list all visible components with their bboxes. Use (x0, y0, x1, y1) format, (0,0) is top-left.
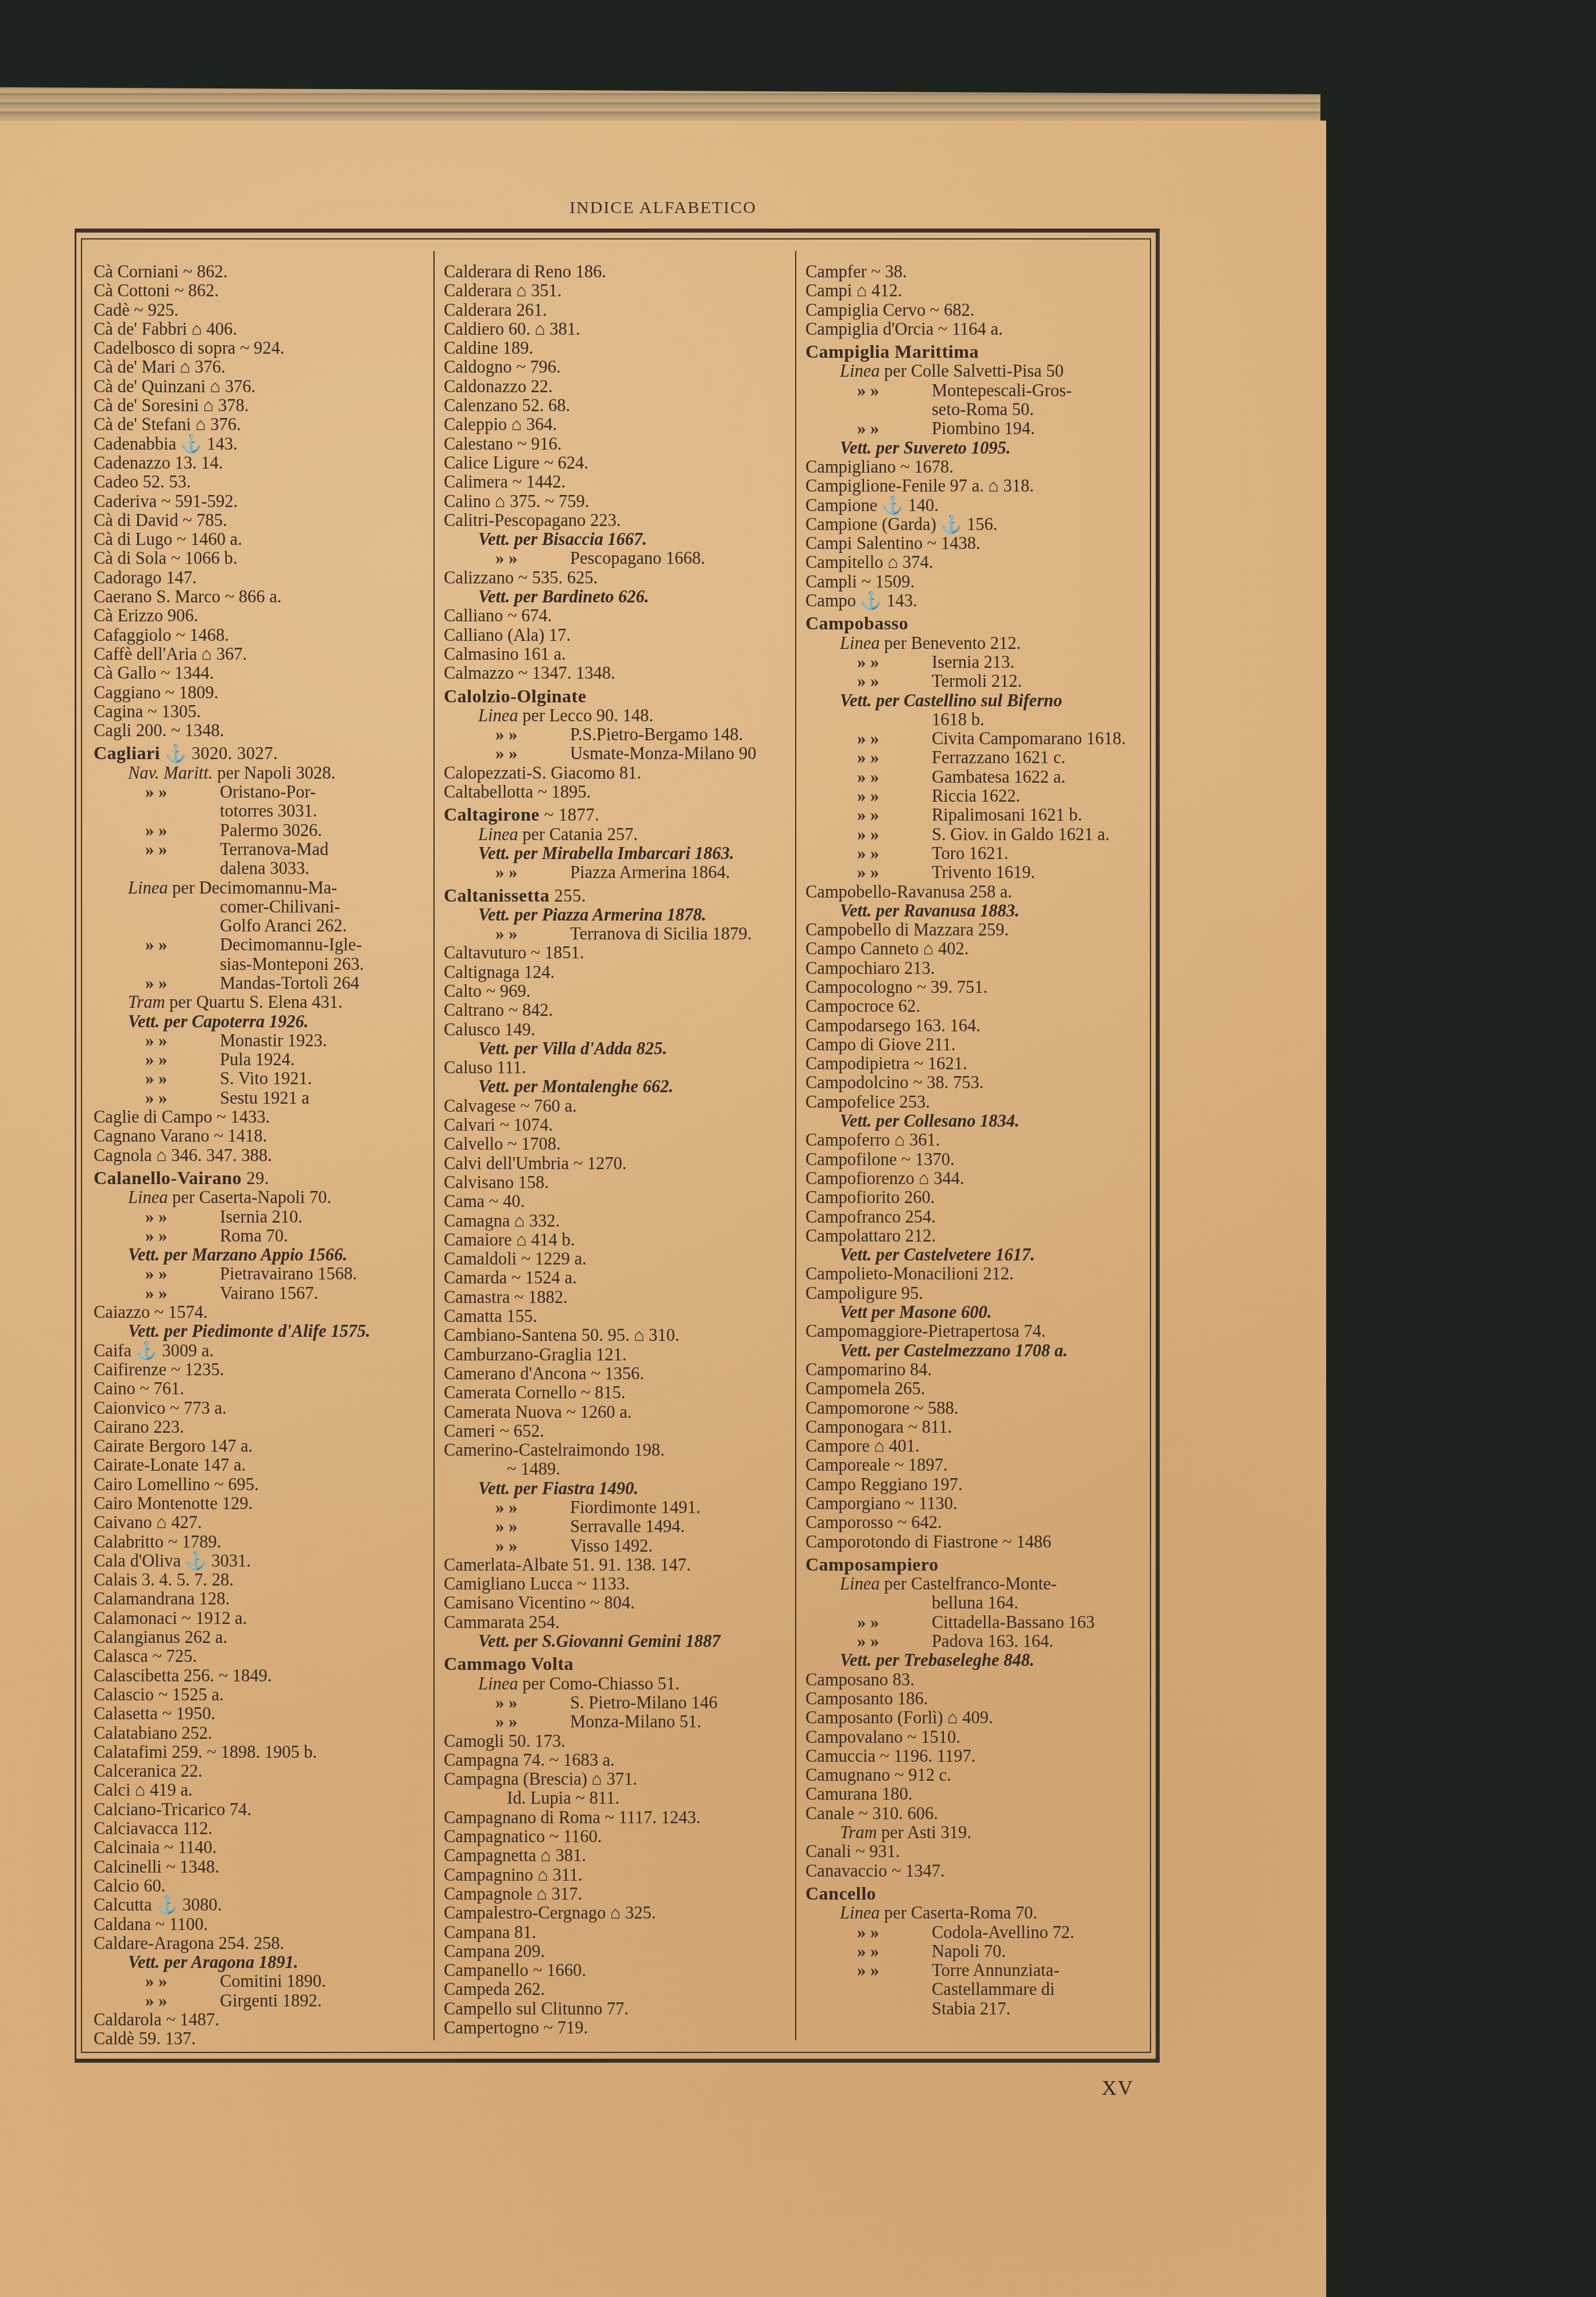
connection-text: per Colle Salvetti-Pisa 50 (880, 361, 1063, 381)
index-entry-line: Caltabellotta ~ 1895. (444, 783, 794, 802)
ditto-marks-icon: » » (495, 725, 570, 744)
connection-type-label: Vett. (840, 438, 871, 458)
index-major-line: Camposampiero (805, 1555, 1150, 1575)
index-entry-line: Camburzano-Graglia 121. (444, 1345, 794, 1364)
place-heading: Campiglia Marittima (805, 341, 979, 362)
running-head: INDICE ALFABETICO (0, 198, 1326, 218)
index-entry-line: Camisano Vicentino ~ 804. (444, 1594, 794, 1612)
index-ditto-line: » »Isernia 210. (94, 1208, 432, 1227)
index-entry-line: Camerata Nuova ~ 1260 a. (444, 1403, 794, 1422)
index-entry-line: Camerino-Castelraimondo 198. (444, 1441, 794, 1460)
index-entry-line: Caldogno ~ 796. (444, 358, 794, 377)
index-sub2-line: ~ 1489. (444, 1460, 794, 1479)
index-ditto-line: » »S. Pietro-Milano 146 (444, 1693, 794, 1712)
connection-text: per Marzano Appio 1566. (160, 1245, 347, 1264)
connection-text: per Quartu S. Elena 431. (165, 992, 342, 1012)
index-entry-line: Campfer ~ 38. (805, 262, 1150, 281)
connection-text: Pietravairano 1568. (220, 1264, 357, 1283)
connection-text: per Castelvetere 1617. (871, 1245, 1035, 1264)
connection-type-label: Tram (128, 992, 165, 1012)
index-entry-line: Calabritto ~ 1789. (94, 1533, 432, 1552)
ditto-marks-icon: » » (495, 925, 570, 943)
index-vett-line: Vett. per S.Giovanni Gemini 1887 (444, 1632, 794, 1651)
connection-text: per Castellino sul Biferno (871, 691, 1062, 710)
index-entry-line: Camaldoli ~ 1229 a. (444, 1250, 794, 1269)
connection-text: per Mirabella Imbarcari 1863. (510, 844, 734, 863)
index-vett-line: Vett. per Suvereto 1095. (805, 439, 1150, 458)
index-entry-line: Calascibetta 256. ~ 1849. (94, 1666, 432, 1685)
index-major-line: Campiglia Marittima (805, 342, 1150, 362)
index-entry-line: Cairate Bergoro 147 a. (94, 1437, 432, 1456)
index-entry-line: Campocologno ~ 39. 751. (805, 978, 1150, 997)
index-vett-line: Vett. per Capoterra 1926. (94, 1012, 432, 1031)
index-entry-line: Cagli 200. ~ 1348. (94, 721, 432, 740)
index-entry-line: Camerlata-Albate 51. 91. 138. 147. (444, 1556, 794, 1575)
index-entry-line: Camponogara ~ 811. (805, 1418, 1150, 1437)
index-entry-line: Calto ~ 969. (444, 982, 794, 1001)
ditto-marks-icon: » » (145, 1208, 220, 1227)
index-vett-line: Vett. per Fiastra 1490. (444, 1479, 794, 1498)
ditto-marks-icon: » » (857, 729, 932, 748)
index-entry-line: Camatta 155. (444, 1307, 794, 1326)
connection-type-label: Vett. (840, 1111, 871, 1131)
index-entry-line: Campodarsego 163. 164. (805, 1016, 1150, 1035)
connection-text: per Como-Chiasso 51. (518, 1674, 679, 1693)
connection-text: Trivento 1619. (932, 863, 1035, 882)
index-ditto-line: » »Mandas-Tortolì 264 (94, 974, 432, 993)
index-cont-line: 1618 b. (805, 710, 1150, 729)
index-cont-line: Castellammare di (805, 1980, 1150, 1999)
index-entry-line: Calangianus 262 a. (94, 1628, 432, 1647)
connection-text: Serravalle 1494. (570, 1517, 685, 1536)
connection-type-label: Vett (840, 1302, 867, 1322)
index-entry-line: Cammarata 254. (444, 1613, 794, 1632)
index-ditto-line: » »Montepescali-Gros- (805, 381, 1150, 400)
index-entry-line: Camposanto 186. (805, 1689, 1150, 1708)
index-sub-line: Linea per Catania 257. (444, 825, 794, 844)
ditto-marks-icon: » » (857, 844, 932, 863)
index-entry-line: Caldana ~ 1100. (94, 1915, 432, 1934)
connection-type-label: Vett. (478, 905, 510, 925)
index-entry-line: Cadenazzo 13. 14. (94, 454, 432, 473)
index-entry-line: Calliano (Ala) 17. (444, 626, 794, 645)
index-cont-line: sias-Monteponi 263. (94, 955, 432, 974)
place-heading: Calanello-Vairano (94, 1167, 242, 1188)
index-ditto-line: » »Terranova di Sicilia 1879. (444, 925, 794, 943)
index-ditto-line: » »Serravalle 1494. (444, 1517, 794, 1536)
ditto-marks-icon: » » (857, 1942, 932, 1961)
connection-text: per Collesano 1834. (871, 1111, 1020, 1131)
index-ditto-line: » »Isernia 213. (805, 653, 1150, 672)
index-entry-line: Campomaggiore-Pietrapertosa 74. (805, 1322, 1150, 1341)
index-entry-line: Calitri-Pescopagano 223. (444, 511, 794, 530)
index-ditto-line: » »Oristano-Por- (94, 783, 432, 802)
index-entry-line: Cà de' Mari ⌂ 376. (94, 358, 432, 377)
index-entry-line: Calciavacca 112. (94, 1819, 432, 1838)
connection-type-label: Nav. Maritt. (128, 763, 213, 783)
connection-type-label: Tram (840, 1823, 877, 1842)
index-entry-line: Campoligure 95. (805, 1284, 1150, 1303)
connection-text: per Castelmezzano 1708 a. (871, 1341, 1067, 1360)
connection-type-label: Vett. (478, 844, 510, 863)
index-ditto-line: » »Visso 1492. (444, 1537, 794, 1556)
connection-text: per Asti 319. (877, 1823, 971, 1842)
index-entry-line: Cà di Sola ~ 1066 b. (94, 549, 432, 568)
index-vett-line: Vett. per Montalenghe 662. (444, 1077, 794, 1096)
index-ditto-line: » »Toro 1621. (805, 844, 1150, 863)
connection-type-label: Vett. (478, 529, 510, 549)
index-entry-line: Calceranica 22. (94, 1762, 432, 1781)
index-entry-line: Calopezzati-S. Giacomo 81. (444, 764, 794, 783)
connection-text: Isernia 213. (932, 652, 1014, 672)
index-entry-line: Campolieto-Monacilioni 212. (805, 1264, 1150, 1283)
connection-text: Vairano 1567. (220, 1283, 318, 1303)
ditto-marks-icon: » » (145, 935, 220, 954)
index-entry-line: Campana 209. (444, 1942, 794, 1961)
index-entry-line: Campagnatico ~ 1160. (444, 1827, 794, 1846)
place-heading: Campobasso (805, 613, 908, 633)
ditto-marks-icon: » » (857, 653, 932, 672)
connection-text: Mandas-Tortolì 264 (220, 973, 359, 993)
connection-text: Terranova di Sicilia 1879. (570, 924, 751, 943)
connection-text: Usmate-Monza-Milano 90 (570, 744, 756, 763)
index-entry-line: Campo Canneto ⌂ 402. (805, 939, 1150, 958)
index-ditto-line: » »Usmate-Monza-Milano 90 (444, 744, 794, 763)
index-entry-line: Campofelice 253. (805, 1093, 1150, 1112)
index-entry-line: Calciano-Tricarico 74. (94, 1800, 432, 1819)
index-entry-line: Campomela 265. (805, 1379, 1150, 1398)
index-vett-line: Vett. per Castelmezzano 1708 a. (805, 1341, 1150, 1360)
index-vett-line: Vett. per Trebaseleghe 848. (805, 1651, 1150, 1670)
ditto-marks-icon: » » (857, 768, 932, 787)
connection-text: Pula 1924. (220, 1050, 295, 1069)
index-ditto-line: » »Pietravairano 1568. (94, 1264, 432, 1283)
connection-type-label: Vett. (478, 1077, 510, 1096)
index-entry-line: Camigliano Lucca ~ 1133. (444, 1575, 794, 1594)
index-entry-line: Canale ~ 310. 606. (805, 1804, 1150, 1823)
ditto-marks-icon: » » (857, 419, 932, 438)
index-ditto-line: » »Pescopagano 1668. (444, 549, 794, 568)
index-entry-line: Camogli 50. 173. (444, 1732, 794, 1751)
connection-type-label: Linea (128, 1188, 168, 1207)
index-entry-line: Calvello ~ 1708. (444, 1135, 794, 1154)
connection-type-label: Vett. (128, 1321, 160, 1341)
index-entry-line: Caldiero 60. ⌂ 381. (444, 320, 794, 339)
index-entry-line: Campo Reggiano 197. (805, 1475, 1150, 1494)
connection-text: Ferrazzano 1621 c. (932, 748, 1066, 767)
connection-text: Cittadella-Bassano 163 (932, 1612, 1095, 1632)
connection-text: per Montalenghe 662. (510, 1077, 673, 1096)
index-entry-line: Cà de' Soresini ⌂ 378. (94, 396, 432, 415)
connection-text: Montepescali-Gros- (932, 381, 1072, 400)
connection-text: Riccia 1622. (932, 786, 1020, 806)
index-entry-line: Camaiore ⌂ 414 b. (444, 1231, 794, 1250)
index-entry-line: Campomorone ~ 588. (805, 1399, 1150, 1418)
index-entry-line: Caldonazzo 22. (444, 377, 794, 396)
index-entry-line: Cà de' Stefani ⌂ 376. (94, 415, 432, 434)
index-entry-line: Caffè dell'Aria ⌂ 367. (94, 645, 432, 664)
index-entry-line: Cà di David ~ 785. (94, 511, 432, 530)
index-entry-line: Campagnole ⌂ 317. (444, 1885, 794, 1904)
index-entry-line: Calizzano ~ 535. 625. (444, 569, 794, 587)
connection-text: Sestu 1921 a (220, 1088, 309, 1108)
index-entry-line: Caldè 59. 137. (94, 2029, 432, 2048)
connection-text: Piazza Armerina 1864. (570, 863, 730, 882)
index-ditto-line: » »Padova 163. 164. (805, 1632, 1150, 1651)
connection-text: Monastir 1923. (220, 1031, 327, 1050)
index-ditto-line: » »Gambatesa 1622 a. (805, 768, 1150, 787)
index-entry-line: Calcutta ⚓ 3080. (94, 1896, 432, 1915)
connection-text: Piombino 194. (932, 419, 1035, 438)
index-entry-line: Cadeo 52. 53. (94, 473, 432, 492)
ditto-marks-icon: » » (145, 1264, 220, 1283)
index-major-line: Cagliari ⚓ 3020. 3027. (94, 744, 432, 763)
index-vett-line: Vett. per Collesano 1834. (805, 1112, 1150, 1131)
connection-type-label: Vett. (478, 1039, 510, 1058)
index-cont-line: belluna 164. (805, 1594, 1150, 1612)
column-divider (433, 251, 435, 2040)
index-cont-line: dalena 3033. (94, 859, 432, 878)
connection-type-label: Vett. (840, 1245, 871, 1264)
index-entry-line: Campoferro ⌂ 361. (805, 1131, 1150, 1150)
index-sub-line: Linea per Caserta-Roma 70. (805, 1904, 1150, 1923)
place-heading: Cagliari (94, 743, 160, 763)
index-entry-line: Caglie di Campo ~ 1433. (94, 1108, 432, 1127)
index-entry-line: Caltavuturo ~ 1851. (444, 943, 794, 962)
column-divider (795, 251, 796, 2040)
index-sub-line: Linea per Castelfranco-Monte- (805, 1575, 1150, 1594)
index-sub-line: Linea per Caserta-Napoli 70. (94, 1188, 432, 1207)
index-entry-line: Cà di Lugo ~ 1460 a. (94, 530, 432, 549)
ditto-marks-icon: » » (495, 1712, 570, 1731)
connection-type-label: Linea (840, 1574, 880, 1594)
connection-text: Fiordimonte 1491. (570, 1498, 700, 1517)
index-entry-line: Campobello-Ravanusa 258 a. (805, 883, 1150, 902)
index-entry-line: Cà Erizzo 906. (94, 606, 432, 625)
index-cont-line: Golfo Aranci 262. (94, 917, 432, 935)
index-entry-line: Camporeale ~ 1897. (805, 1456, 1150, 1475)
connection-text: per Suvereto 1095. (871, 438, 1010, 458)
place-heading: Caltanissetta (444, 885, 549, 906)
index-entry-line: Calatafimi 259. ~ 1898. 1905 b. (94, 1743, 432, 1762)
index-entry-line: Calvi dell'Umbria ~ 1270. (444, 1154, 794, 1173)
ditto-marks-icon: » » (145, 1972, 220, 1991)
index-entry-line: Cadenabbia ⚓ 143. (94, 435, 432, 454)
index-cont-line: Stabia 217. (805, 2000, 1150, 2018)
index-ditto-line: » »Piazza Armerina 1864. (444, 863, 794, 882)
index-column-1: Cà Corniani ~ 862.Cà Cottoni ~ 862.Cadè … (94, 262, 432, 2049)
ditto-marks-icon: » » (495, 1693, 570, 1712)
index-entry-line: Caggiano ~ 1809. (94, 683, 432, 702)
index-entry-line: Cafaggiolo ~ 1468. (94, 626, 432, 645)
connection-text: Monza-Milano 51. (570, 1712, 702, 1731)
place-heading: Camposampiero (805, 1554, 939, 1575)
index-entry-line: Campagnetta ⌂ 381. (444, 1846, 794, 1865)
connection-text: S. Vito 1921. (220, 1069, 312, 1088)
connection-text: Visso 1492. (570, 1536, 653, 1556)
ditto-marks-icon: » » (495, 1517, 570, 1536)
connection-text: per Fiastra 1490. (510, 1479, 638, 1498)
connection-text: Isernia 210. (220, 1207, 303, 1227)
index-entry-line: Calderara ⌂ 351. (444, 281, 794, 300)
index-entry-line: Caifirenze ~ 1235. (94, 1360, 432, 1379)
index-ditto-line: » »Monza-Milano 51. (444, 1712, 794, 1731)
index-entry-line: Cagnola ⌂ 346. 347. 388. (94, 1146, 432, 1165)
connection-text: per Aragona 1891. (160, 1952, 298, 1972)
connection-type-label: Vett. (478, 587, 510, 606)
index-entry-line: Camuccia ~ 1196. 1197. (805, 1747, 1150, 1766)
ditto-marks-icon: » » (495, 863, 570, 882)
index-ditto-line: » »Fiordimonte 1491. (444, 1498, 794, 1517)
index-entry-line: Calatabiano 252. (94, 1724, 432, 1743)
index-vett-line: Vett. per Marzano Appio 1566. (94, 1246, 432, 1264)
index-entry-line: Camposano 83. (805, 1670, 1150, 1689)
index-major-line: Caltagirone ~ 1877. (444, 805, 794, 825)
index-entry-line: Campitello ⌂ 374. (805, 553, 1150, 572)
index-entry-line: Campalestro-Cergnago ⌂ 325. (444, 1904, 794, 1923)
index-entry-line: Calderara 261. (444, 301, 794, 320)
index-entry-line: Campagnano di Roma ~ 1117. 1243. (444, 1808, 794, 1827)
index-entry-line: Campagnino ⌂ 311. (444, 1866, 794, 1885)
index-major-line: Cammago Volta (444, 1654, 794, 1674)
connection-text: Civita Campomarano 1618. (932, 729, 1126, 748)
connection-type-label: Linea (840, 361, 880, 381)
index-entry-line: Caltrano ~ 842. (444, 1001, 794, 1020)
index-entry-line: Camerata Cornello ~ 815. (444, 1383, 794, 1402)
index-entry-line: Campagna 74. ~ 1683 a. (444, 1751, 794, 1770)
index-entry-line: Campolattaro 212. (805, 1227, 1150, 1246)
index-entry-line: Cadelbosco di sopra ~ 924. (94, 339, 432, 358)
connection-type-label: Vett. (128, 1952, 160, 1972)
index-vett-line: Vett. per Bardineto 626. (444, 587, 794, 606)
index-entry-line: Camastra ~ 1882. (444, 1288, 794, 1307)
index-entry-line: Calimera ~ 1442. (444, 473, 794, 492)
ditto-marks-icon: » » (145, 1050, 220, 1069)
index-vett-line: Vett per Masone 600. (805, 1303, 1150, 1322)
ditto-marks-icon: » » (495, 549, 570, 568)
connection-text: Napoli 70. (932, 1942, 1006, 1961)
connection-type-label: Vett. (840, 691, 871, 710)
connection-text: per Catania 257. (518, 825, 637, 844)
connection-text: Roma 70. (220, 1226, 288, 1246)
index-ditto-line: » »Vairano 1567. (94, 1284, 432, 1303)
index-entry-line: Campore ⌂ 401. (805, 1437, 1150, 1456)
index-entry-line: Calusco 149. (444, 1020, 794, 1039)
index-entry-line: Cagina ~ 1305. (94, 702, 432, 721)
connection-type-label: Linea (840, 633, 880, 653)
index-entry-line: Campertogno ~ 719. (444, 2018, 794, 2037)
page-refs: ~ 1877. (540, 805, 599, 825)
index-entry-line: Campanello ~ 1660. (444, 1961, 794, 1980)
ditto-marks-icon: » » (857, 1613, 932, 1632)
index-entry-line: Cama ~ 40. (444, 1192, 794, 1211)
index-vett-line: Vett. per Bisaccia 1667. (444, 530, 794, 549)
index-entry-line: Caionvico ~ 773 a. (94, 1399, 432, 1418)
index-entry-line: Campagna (Brescia) ⌂ 371. (444, 1770, 794, 1789)
place-heading: Calolzio-Olginate (444, 686, 586, 706)
index-entry-line: Calderara di Reno 186. (444, 262, 794, 281)
index-entry-line: Campione (Garda) ⚓ 156. (805, 515, 1150, 534)
connection-type-label: Linea (478, 706, 518, 725)
index-entry-line: Cà Cottoni ~ 862. (94, 281, 432, 300)
index-entry-line: Camposanto (Forlì) ⌂ 409. (805, 1708, 1150, 1727)
index-entry-line: Calasca ~ 725. (94, 1647, 432, 1666)
index-major-line: Calolzio-Olginate (444, 687, 794, 706)
connection-text: per Trebaseleghe 848. (871, 1650, 1034, 1670)
connection-type-label: Linea (478, 1674, 518, 1693)
index-ditto-line: » »Civita Campomarano 1618. (805, 729, 1150, 748)
connection-text: S. Pietro-Milano 146 (570, 1693, 718, 1712)
index-cont-line: comer-Chilivani- (94, 898, 432, 917)
connection-text: Ripalimosani 1621 b. (932, 805, 1082, 825)
connection-text: Palermo 3026. (220, 821, 322, 840)
index-ditto-line: » »Sestu 1921 a (94, 1089, 432, 1108)
ditto-marks-icon: » » (857, 787, 932, 806)
index-entry-line: Caldarola ~ 1487. (94, 2010, 432, 2029)
index-entry-line: Caltignaga 124. (444, 963, 794, 982)
index-major-line: Cancello (805, 1884, 1150, 1904)
index-entry-line: Campiglia Cervo ~ 682. (805, 301, 1150, 320)
index-major-line: Calanello-Vairano 29. (94, 1169, 432, 1188)
connection-type-label: Vett. (478, 1631, 510, 1651)
index-entry-line: Campana 81. (444, 1923, 794, 1942)
index-ditto-line: » »Piombino 194. (805, 419, 1150, 438)
ditto-marks-icon: » » (495, 1537, 570, 1556)
index-sub2-line: Id. Lupia ~ 811. (444, 1789, 794, 1808)
connection-type-label: Vett. (840, 901, 871, 921)
ditto-marks-icon: » » (495, 744, 570, 763)
index-entry-line: Calcio 60. (94, 1877, 432, 1896)
index-entry-line: Caivano ⌂ 427. (94, 1513, 432, 1532)
ditto-marks-icon: » » (145, 840, 220, 859)
index-entry-line: Campofranco 254. (805, 1208, 1150, 1227)
index-entry-line: Camporotondo di Fiastrone ~ 1486 (805, 1533, 1150, 1552)
connection-text: Comitini 1890. (220, 1971, 326, 1991)
index-ditto-line: » »Ferrazzano 1621 c. (805, 748, 1150, 767)
connection-text: per Ravanusa 1883. (871, 901, 1020, 921)
connection-text: per Piazza Armerina 1878. (510, 905, 706, 925)
ditto-marks-icon: » » (857, 381, 932, 400)
index-entry-line: Canali ~ 931. (805, 1842, 1150, 1861)
index-ditto-line: » »Monastir 1923. (94, 1031, 432, 1050)
index-sub-line: Nav. Maritt. per Napoli 3028. (94, 764, 432, 783)
connection-text: per Masone 600. (867, 1302, 991, 1322)
index-entry-line: Calascio ~ 1525 a. (94, 1685, 432, 1704)
index-entry-line: Caderiva ~ 591-592. (94, 492, 432, 511)
index-entry-line: Caluso 111. (444, 1058, 794, 1077)
index-ditto-line: » »Riccia 1622. (805, 787, 1150, 806)
index-ditto-line: » »Napoli 70. (805, 1942, 1150, 1961)
index-entry-line: Camurana 180. (805, 1785, 1150, 1804)
index-entry-line: Campo ⚓ 143. (805, 591, 1150, 610)
index-vett-line: Vett. per Mirabella Imbarcari 1863. (444, 844, 794, 863)
index-sub-line: Tram per Asti 319. (805, 1823, 1150, 1842)
index-sub-line: Linea per Lecco 90. 148. (444, 706, 794, 725)
index-entry-line: Campiglia d'Orcia ~ 1164 a. (805, 320, 1150, 339)
index-entry-line: Calmasino 161 a. (444, 645, 794, 664)
connection-type-label: Vett. (478, 1479, 510, 1498)
ditto-marks-icon: » » (145, 1031, 220, 1050)
ditto-marks-icon: » » (857, 825, 932, 844)
connection-type-label: Vett. (840, 1650, 871, 1670)
connection-text: per Piedimonte d'Alife 1575. (160, 1321, 370, 1341)
index-column-2: Calderara di Reno 186.Calderara ⌂ 351.Ca… (444, 262, 794, 2037)
index-entry-line: Calestano ~ 916. (444, 435, 794, 454)
index-entry-line: Calvisano 158. (444, 1173, 794, 1192)
book-page: INDICE ALFABETICO Cà Corniani ~ 862.Cà C… (0, 121, 1326, 2297)
page-refs: ⚓ 3020. 3027. (160, 744, 278, 763)
index-entry-line: Cadè ~ 925. (94, 301, 432, 320)
